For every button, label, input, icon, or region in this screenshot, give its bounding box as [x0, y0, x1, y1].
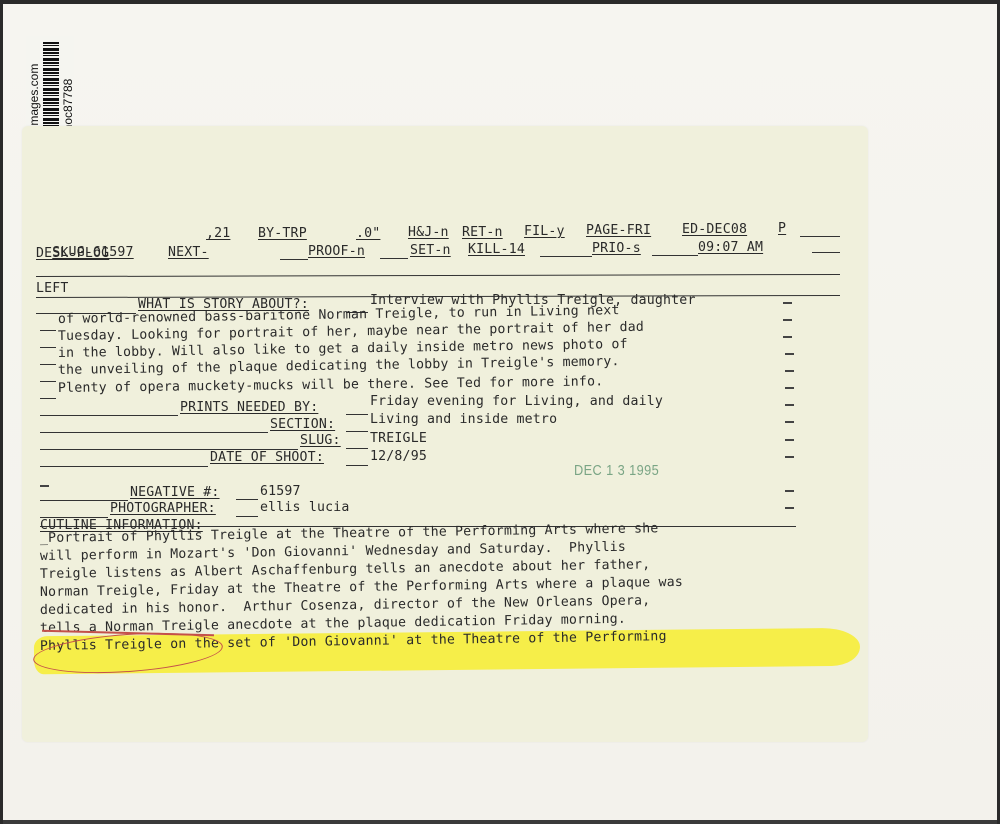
- field-rule: [40, 432, 268, 433]
- field-rule: [346, 448, 368, 449]
- margin-dash: [785, 387, 794, 389]
- field-rule: [40, 381, 56, 382]
- field-rule: [346, 431, 368, 432]
- margin-dash: [785, 456, 794, 458]
- desk-code: DESK-PLOG: [36, 246, 109, 262]
- catalog-id-text: noc87788: [61, 79, 75, 132]
- section-label: SECTION:: [270, 417, 335, 433]
- margin-dash: [783, 319, 792, 321]
- header-num: ,21: [206, 226, 230, 242]
- margin-dash: [785, 404, 794, 406]
- scan-border-top: [0, 0, 1000, 4]
- slug-label: SLUG:: [300, 433, 341, 449]
- scan-border-bottom: [0, 820, 1000, 824]
- header-rule: [380, 258, 408, 259]
- page-flag: PAGE-FRI: [586, 223, 651, 238]
- header-rule: [652, 255, 698, 256]
- header-inch: .0": [356, 226, 380, 242]
- margin-dash: [783, 302, 792, 304]
- header-ret: RET-n: [462, 225, 503, 241]
- position-label: LEFT: [36, 281, 69, 297]
- ret-flag: RET-n: [462, 225, 503, 240]
- field-rule: [346, 465, 368, 466]
- header-rule: [800, 236, 840, 237]
- field-rule: [40, 347, 56, 348]
- header-rule: [540, 256, 592, 257]
- time-stamp: 09:07 AM: [698, 240, 763, 256]
- kill-flag: KILL-14: [468, 242, 525, 258]
- prints-needed-value: Friday evening for Living, and daily: [370, 394, 663, 410]
- date-of-shoot-value: 12/8/95: [370, 449, 427, 465]
- margin-dash: [785, 490, 794, 492]
- field-rule: [40, 398, 56, 399]
- fil-flag: FIL-y: [524, 224, 565, 239]
- field-rule: [40, 466, 208, 467]
- hj-flag: H&J-n: [408, 225, 449, 240]
- next-flag: NEXT-: [168, 245, 209, 261]
- header-page: PAGE-FRI: [586, 223, 651, 239]
- header-p: P: [778, 221, 786, 237]
- header-rule: [812, 252, 840, 253]
- photographer-value: ellis lucia: [260, 500, 350, 516]
- field-rule: [40, 415, 178, 416]
- scan-border-left: [0, 0, 3, 824]
- date-of-shoot-label: DATE OF SHOOT:: [210, 450, 324, 466]
- negative-label: NEGATIVE #:: [130, 485, 220, 501]
- margin-dash: [785, 507, 794, 509]
- section-value: Living and inside metro: [370, 412, 557, 428]
- margin-dash: [783, 336, 792, 338]
- slug-value: TREIGLE: [370, 431, 427, 447]
- margin-dash: [785, 439, 794, 441]
- header-rule: [280, 259, 308, 260]
- margin-dash: [785, 353, 794, 355]
- header-ed: ED-DEC08: [682, 222, 747, 238]
- received-date-stamp: DEC 1 3 1995: [574, 462, 659, 479]
- photographer-label: PHOTOGRAPHER:: [110, 501, 216, 517]
- margin-dash: [785, 370, 794, 372]
- prio-flag: PRIO-s: [592, 241, 641, 257]
- edition: ED-DEC08: [682, 222, 747, 237]
- header-fil: FIL-y: [524, 224, 565, 240]
- header-hj: H&J-n: [408, 225, 449, 241]
- field-rule: [236, 516, 258, 517]
- field-rule: [346, 414, 368, 415]
- p-flag: P: [778, 221, 786, 236]
- blank-field-dash: [40, 485, 49, 487]
- prints-needed-label: PRINTS NEEDED BY:: [180, 400, 318, 416]
- field-rule: [40, 364, 56, 365]
- margin-dash: [785, 421, 794, 423]
- proof-flag: PROOF-n: [308, 244, 365, 260]
- set-flag: SET-n: [410, 243, 451, 259]
- field-rule: [236, 499, 258, 500]
- negative-value: 61597: [260, 484, 301, 500]
- header-by: BY-TRP: [258, 226, 307, 242]
- field-rule: [40, 330, 56, 331]
